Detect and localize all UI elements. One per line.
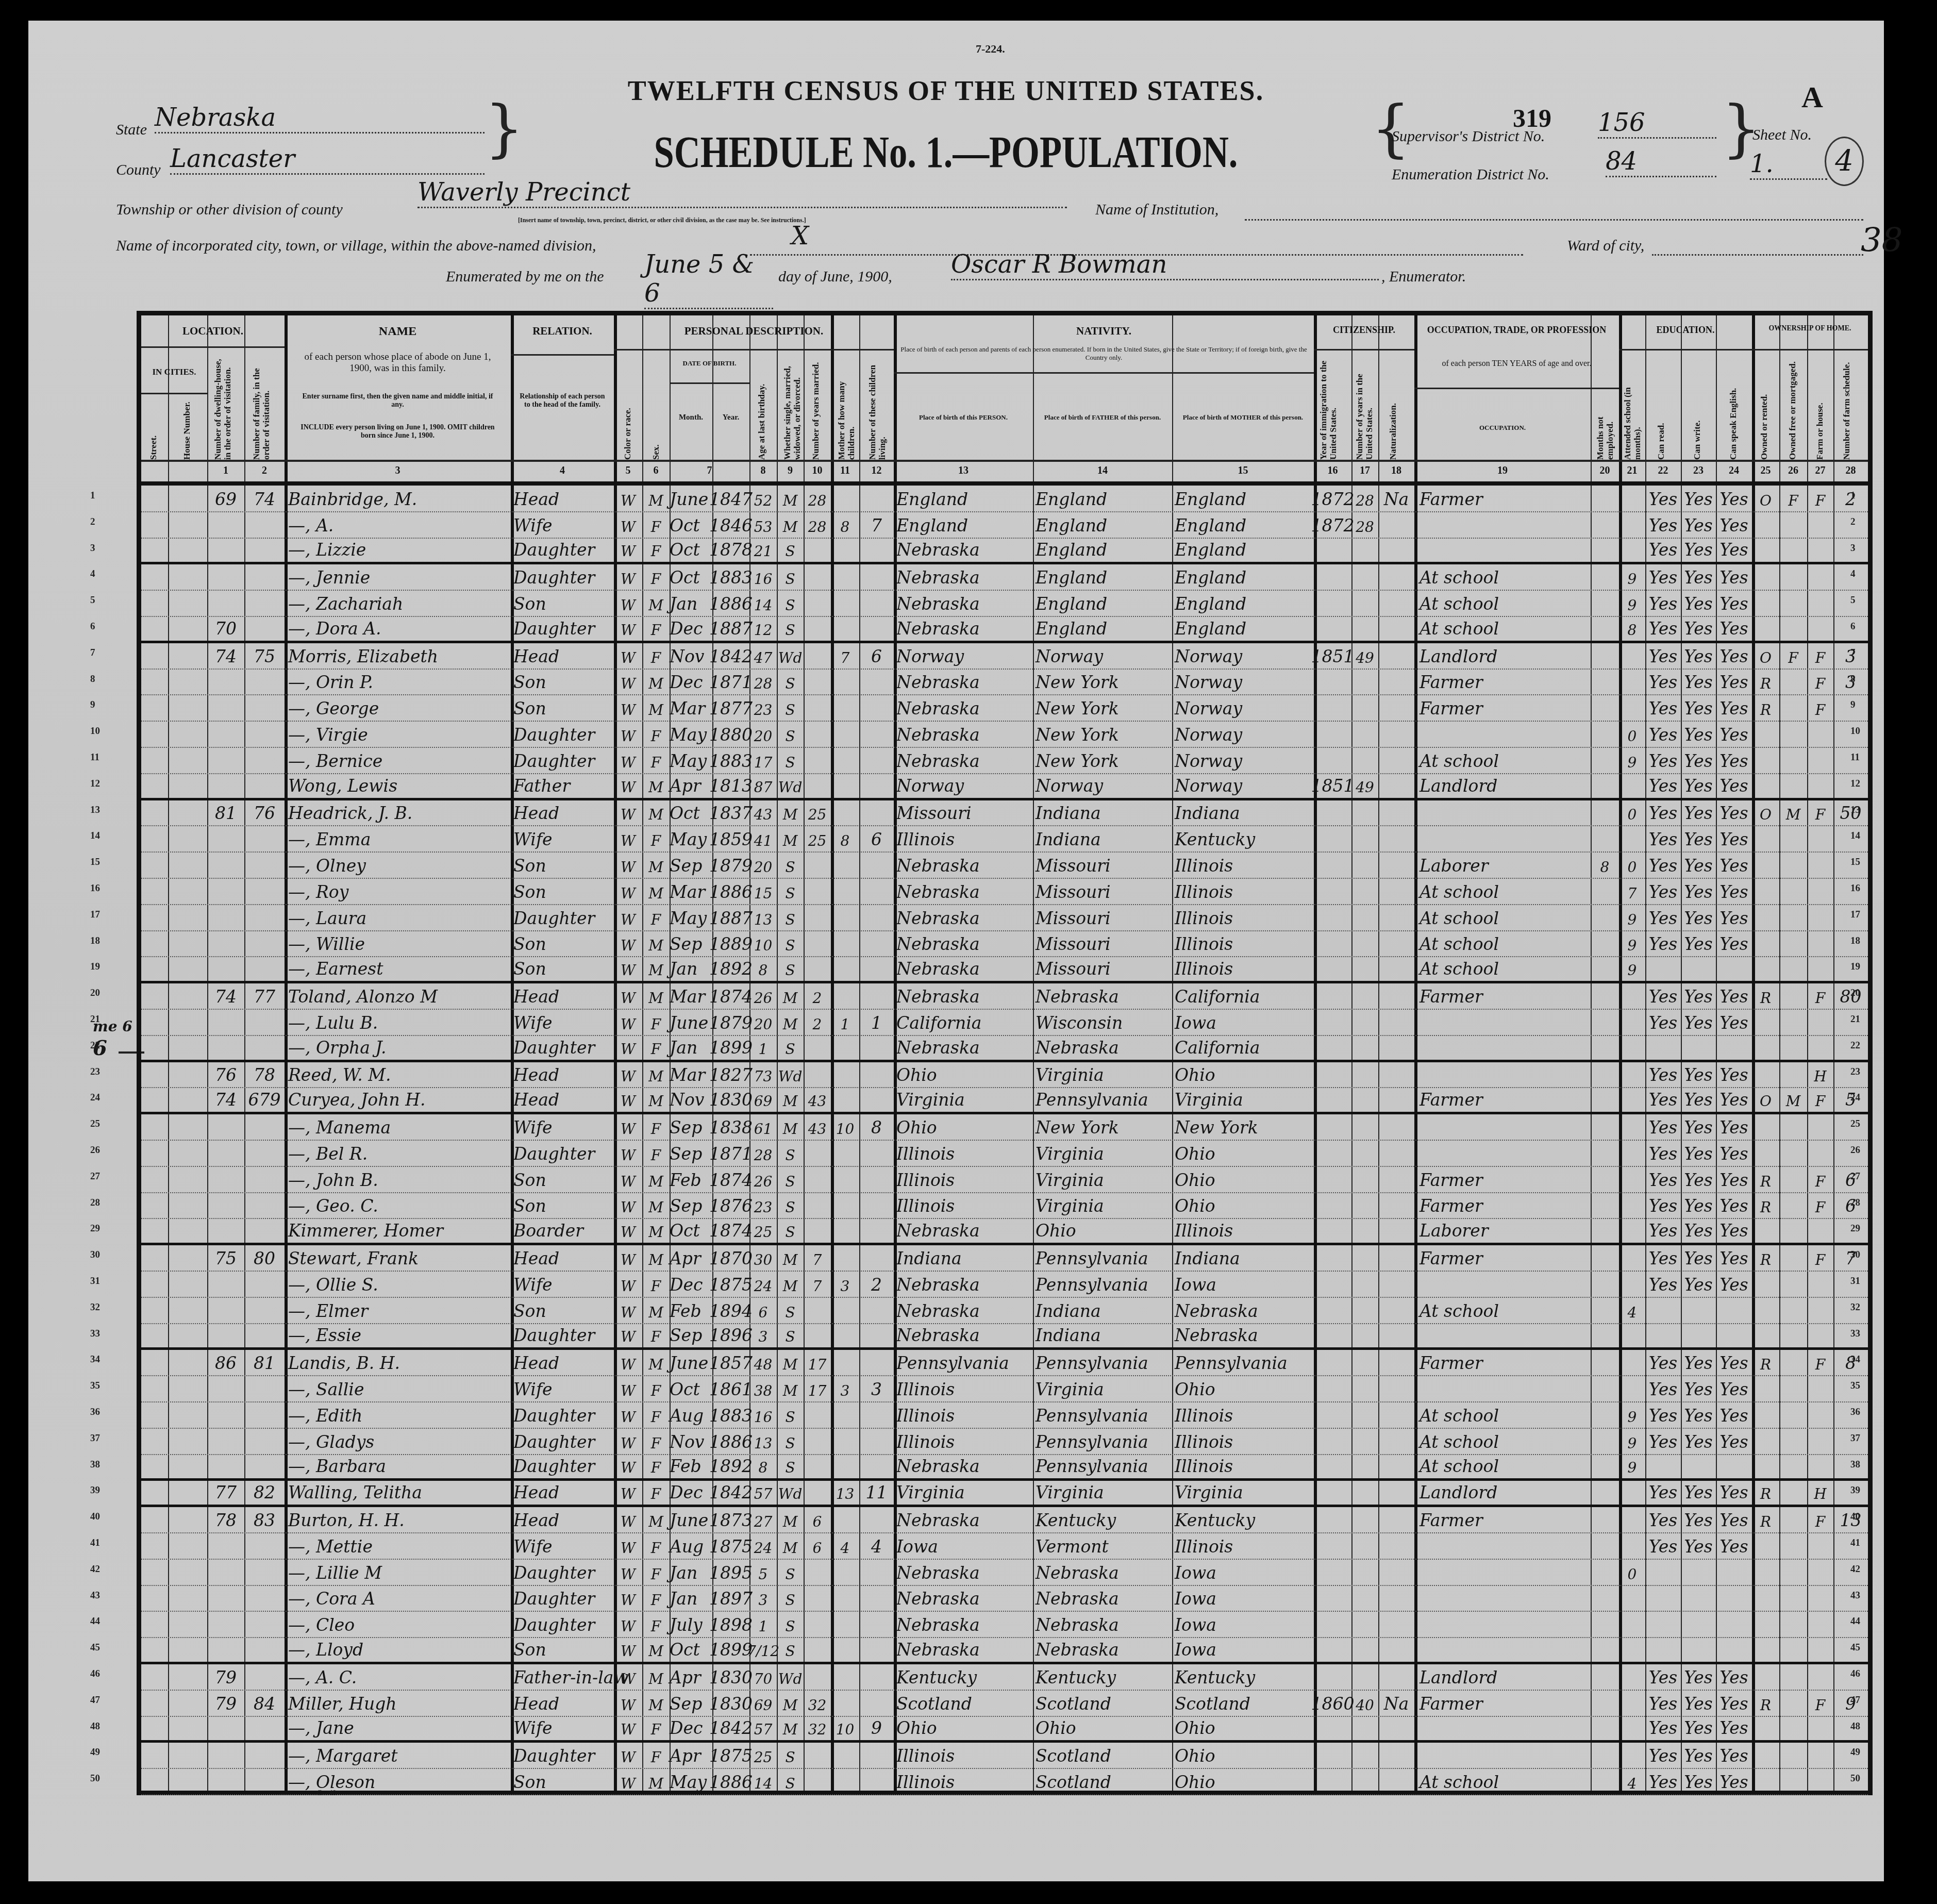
can-write: Yes xyxy=(1681,564,1716,590)
months-unemployed xyxy=(1591,1428,1619,1454)
relation: Son xyxy=(513,852,614,878)
occupation xyxy=(1420,1114,1591,1140)
birth-month: Aug xyxy=(670,1402,712,1428)
marital-status: S xyxy=(777,616,804,641)
col-occupation: OCCUPATION. xyxy=(1414,424,1591,432)
person-name: —, Willie xyxy=(288,931,510,957)
birthplace-father: Missouri xyxy=(1036,905,1172,930)
row-number: 8 xyxy=(90,674,95,685)
children-living xyxy=(859,616,894,641)
birthplace-father: Norway xyxy=(1036,643,1172,669)
family-number xyxy=(244,905,285,930)
dwelling-number xyxy=(207,1402,244,1428)
years-in-us xyxy=(1351,1297,1378,1323)
years-in-us xyxy=(1351,905,1378,930)
years-married xyxy=(804,1324,831,1348)
birth-month: Nov xyxy=(670,643,712,669)
years-in-us xyxy=(1351,1533,1378,1559)
table-row: —, OlesonSonWMMay188614SIllinoisScotland… xyxy=(141,1768,1868,1795)
person-name: —, Jennie xyxy=(288,564,510,590)
can-write: Yes xyxy=(1681,1768,1716,1794)
table-row: 7883Burton, H. H.HeadWMJune187327M6Nebra… xyxy=(141,1507,1868,1533)
naturalization xyxy=(1378,1349,1414,1375)
owned-rented: R xyxy=(1752,695,1779,721)
children-born xyxy=(831,878,859,904)
free-mortgaged xyxy=(1779,905,1807,930)
sex: F xyxy=(642,643,670,669)
years-in-us xyxy=(1351,1428,1378,1454)
speaks-english: Yes xyxy=(1716,931,1752,957)
free-mortgaged xyxy=(1779,1716,1807,1741)
months-unemployed xyxy=(1591,1193,1619,1218)
immigration-year xyxy=(1314,747,1351,773)
children-living xyxy=(859,1402,894,1428)
farm-house xyxy=(1807,905,1833,930)
table-row: —, MettieWifeWFAug187524M644IowaVermontI… xyxy=(141,1533,1868,1560)
birthplace-person: Nebraska xyxy=(896,852,1033,878)
children-living xyxy=(859,590,894,616)
birthplace-father: New York xyxy=(1036,1114,1172,1140)
birthplace-father: Nebraska xyxy=(1036,1035,1172,1060)
family-number xyxy=(244,1271,285,1297)
children-born xyxy=(831,1062,859,1088)
row-number: 16 xyxy=(90,883,100,894)
speaks-english: Yes xyxy=(1716,852,1752,878)
can-write: Yes xyxy=(1681,1166,1716,1192)
can-read: Yes xyxy=(1645,486,1681,511)
relation: Head xyxy=(513,1480,614,1505)
immigration-year: 1872 xyxy=(1314,512,1351,538)
age: 20 xyxy=(749,852,777,878)
months-unemployed xyxy=(1591,747,1619,773)
farm-house xyxy=(1807,1768,1833,1794)
age: 38 xyxy=(749,1376,777,1401)
person-name: —, Geo. C. xyxy=(288,1193,510,1218)
row-number: 5 xyxy=(90,595,95,606)
birthplace-mother: Iowa xyxy=(1175,1611,1314,1637)
dwelling-number xyxy=(207,905,244,930)
naturalization xyxy=(1378,1533,1414,1559)
race: W xyxy=(614,669,642,695)
speaks-english: Yes xyxy=(1716,1114,1752,1140)
family-number xyxy=(244,564,285,590)
months-unemployed xyxy=(1591,1664,1619,1690)
immigration-year: 1872 xyxy=(1314,486,1351,511)
years-married: 32 xyxy=(804,1716,831,1741)
marital-status: M xyxy=(777,1088,804,1112)
children-born: 4 xyxy=(831,1533,859,1559)
birth-month: Sep xyxy=(670,1690,712,1716)
owned-rented xyxy=(1752,1664,1779,1690)
months-unemployed xyxy=(1591,1140,1619,1166)
birth-month: Mar xyxy=(670,695,712,721)
school-months: 9 xyxy=(1619,590,1645,616)
sex: M xyxy=(642,695,670,721)
sex: M xyxy=(642,1245,670,1271)
naturalization xyxy=(1378,747,1414,773)
dwelling-number: 74 xyxy=(207,1088,244,1112)
children-born xyxy=(831,747,859,773)
birthplace-mother: Illinois xyxy=(1175,1218,1314,1243)
free-mortgaged xyxy=(1779,590,1807,616)
relation: Daughter xyxy=(513,1140,614,1166)
birthplace-mother: Illinois xyxy=(1175,1402,1314,1428)
owned-rented: R xyxy=(1752,983,1779,1009)
naturalization xyxy=(1378,852,1414,878)
owned-rented: O xyxy=(1752,486,1779,511)
occupation xyxy=(1420,1638,1591,1662)
birth-year: 1886 xyxy=(712,878,749,904)
naturalization xyxy=(1378,512,1414,538)
row-number: 17 xyxy=(1850,909,1860,921)
person-name: Wong, Lewis xyxy=(288,774,510,798)
birthplace-mother: Kentucky xyxy=(1175,826,1314,851)
person-name: —, Edith xyxy=(288,1402,510,1428)
age: 52 xyxy=(749,486,777,511)
years-married xyxy=(804,1035,831,1060)
col-marital: Whether single, married, widowed, or div… xyxy=(783,354,803,460)
relation: Boarder xyxy=(513,1218,614,1243)
row-number: 45 xyxy=(1850,1642,1860,1654)
children-living xyxy=(859,931,894,957)
marital-status: S xyxy=(777,931,804,957)
dwelling-number: 75 xyxy=(207,1245,244,1271)
immigration-year xyxy=(1314,538,1351,562)
race: W xyxy=(614,1402,642,1428)
free-mortgaged xyxy=(1779,1664,1807,1690)
children-born: 10 xyxy=(831,1114,859,1140)
person-name: —, A. C. xyxy=(288,1664,510,1690)
person-name: —, Bel R. xyxy=(288,1140,510,1166)
birth-year: 1874 xyxy=(712,1166,749,1192)
speaks-english: Yes xyxy=(1716,1480,1752,1505)
row-number: 15 xyxy=(90,857,100,868)
can-write: Yes xyxy=(1681,852,1716,878)
farm-house xyxy=(1807,590,1833,616)
family-number xyxy=(244,1009,285,1035)
free-mortgaged: M xyxy=(1779,1088,1807,1112)
race: W xyxy=(614,1035,642,1060)
years-in-us xyxy=(1351,538,1378,562)
birth-year: 1874 xyxy=(712,983,749,1009)
school-months xyxy=(1619,538,1645,562)
birth-year: 1871 xyxy=(712,1140,749,1166)
children-living xyxy=(859,1245,894,1271)
birthplace-person: Norway xyxy=(896,774,1033,798)
birth-month: Sep xyxy=(670,1324,712,1348)
years-in-us xyxy=(1351,1559,1378,1585)
speaks-english: Yes xyxy=(1716,695,1752,721)
birthplace-father: Virginia xyxy=(1036,1480,1172,1505)
birthplace-mother: Kentucky xyxy=(1175,1507,1314,1532)
table-row: 7678Reed, W. M.HeadWMMar182773WdOhioVirg… xyxy=(141,1062,1868,1089)
relation: Son xyxy=(513,931,614,957)
school-months xyxy=(1619,1585,1645,1611)
age: 12 xyxy=(749,616,777,641)
col-month: Month. xyxy=(670,413,712,422)
years-married: 17 xyxy=(804,1376,831,1401)
months-unemployed xyxy=(1591,1166,1619,1192)
birthplace-person: Illinois xyxy=(896,1742,1033,1768)
marital-status: Wd xyxy=(777,643,804,669)
relation: Daughter xyxy=(513,1402,614,1428)
years-married xyxy=(804,774,831,798)
sex: F xyxy=(642,721,670,747)
marital-status: S xyxy=(777,1455,804,1479)
can-write: Yes xyxy=(1681,983,1716,1009)
relation: Head xyxy=(513,486,614,511)
colnum-3: 3 xyxy=(285,465,511,477)
immigration-year xyxy=(1314,1559,1351,1585)
months-unemployed xyxy=(1591,878,1619,904)
can-write: Yes xyxy=(1681,695,1716,721)
free-mortgaged xyxy=(1779,1376,1807,1401)
institution-value xyxy=(1245,214,1863,221)
birthplace-person: Ohio xyxy=(896,1114,1033,1140)
years-married: 2 xyxy=(804,1009,831,1035)
enumerated-suffix: day of June, 1900, xyxy=(778,268,892,286)
naturalization xyxy=(1378,1585,1414,1611)
years-married: 6 xyxy=(804,1533,831,1559)
relation: Daughter xyxy=(513,1324,614,1348)
can-read: Yes xyxy=(1645,1533,1681,1559)
school-months xyxy=(1619,1035,1645,1060)
years-in-us xyxy=(1351,1742,1378,1768)
sex: F xyxy=(642,1611,670,1637)
can-read: Yes xyxy=(1645,983,1681,1009)
row-number: 2 xyxy=(1850,516,1856,528)
school-months: 9 xyxy=(1619,564,1645,590)
free-mortgaged xyxy=(1779,1324,1807,1348)
birth-year: 1827 xyxy=(712,1062,749,1088)
marital-status: S xyxy=(777,905,804,930)
row-number: 35 xyxy=(90,1380,100,1392)
marital-status: M xyxy=(777,1716,804,1741)
years-married xyxy=(804,931,831,957)
speaks-english: Yes xyxy=(1716,1088,1752,1112)
relation: Wife xyxy=(513,512,614,538)
immigration-year xyxy=(1314,826,1351,851)
years-in-us xyxy=(1351,564,1378,590)
naturalization xyxy=(1378,800,1414,826)
school-months xyxy=(1619,669,1645,695)
school-months: 0 xyxy=(1619,1559,1645,1585)
age: 24 xyxy=(749,1271,777,1297)
naturalization xyxy=(1378,1768,1414,1794)
birthplace-person: Nebraska xyxy=(896,1218,1033,1243)
birthplace-person: Nebraska xyxy=(896,1271,1033,1297)
family-number: 77 xyxy=(244,983,285,1009)
school-months xyxy=(1619,1009,1645,1035)
naturalization xyxy=(1378,590,1414,616)
children-born xyxy=(831,1664,859,1690)
years-in-us xyxy=(1351,616,1378,641)
can-write: Yes xyxy=(1681,878,1716,904)
children-living xyxy=(859,1455,894,1479)
school-months xyxy=(1619,1088,1645,1112)
birthplace-person: Scotland xyxy=(896,1690,1033,1716)
birthplace-father: Nebraska xyxy=(1036,1611,1172,1637)
occupation: Farmer xyxy=(1420,695,1591,721)
relation: Daughter xyxy=(513,1428,614,1454)
children-living: 6 xyxy=(859,826,894,851)
race: W xyxy=(614,643,642,669)
person-name: —, Orin P. xyxy=(288,669,510,695)
occupation: At school xyxy=(1420,1402,1591,1428)
free-mortgaged xyxy=(1779,1009,1807,1035)
marital-status: S xyxy=(777,747,804,773)
years-married xyxy=(804,1218,831,1243)
years-married xyxy=(804,1585,831,1611)
row-number: 37 xyxy=(90,1433,100,1444)
family-number: 81 xyxy=(244,1349,285,1375)
children-living xyxy=(859,1585,894,1611)
age: 41 xyxy=(749,826,777,851)
birth-year: 1842 xyxy=(712,643,749,669)
row-number: 47 xyxy=(1850,1695,1860,1706)
row-number: 8 xyxy=(1850,674,1856,685)
age: 24 xyxy=(749,1533,777,1559)
marital-status: M xyxy=(777,1376,804,1401)
occupation xyxy=(1420,1324,1591,1348)
person-name: —, Lizzie xyxy=(288,538,510,562)
row-number: 18 xyxy=(1850,936,1860,947)
relation: Son xyxy=(513,957,614,981)
dwelling-number xyxy=(207,826,244,851)
relation: Head xyxy=(513,1088,614,1112)
speaks-english: Yes xyxy=(1716,564,1752,590)
months-unemployed xyxy=(1591,1559,1619,1585)
children-born xyxy=(831,564,859,590)
free-mortgaged xyxy=(1779,1455,1807,1479)
birthplace-mother: Norway xyxy=(1175,669,1314,695)
school-months xyxy=(1619,1690,1645,1716)
age: 5 xyxy=(749,1559,777,1585)
table-row: —, EmmaWifeWFMay185941M2586IllinoisIndia… xyxy=(141,826,1868,853)
years-married: 28 xyxy=(804,512,831,538)
immigration-year xyxy=(1314,1533,1351,1559)
can-write xyxy=(1681,1585,1716,1611)
age: 69 xyxy=(749,1690,777,1716)
years-in-us xyxy=(1351,669,1378,695)
free-mortgaged xyxy=(1779,1349,1807,1375)
row-number: 30 xyxy=(90,1249,100,1261)
dwelling-number xyxy=(207,1376,244,1401)
age: 17 xyxy=(749,747,777,773)
months-unemployed xyxy=(1591,1455,1619,1479)
dwelling-number xyxy=(207,1533,244,1559)
can-write: Yes xyxy=(1681,1140,1716,1166)
owned-rented xyxy=(1752,1035,1779,1060)
birthplace-person: Illinois xyxy=(896,826,1033,851)
birth-month: Apr xyxy=(670,1245,712,1271)
can-write: Yes xyxy=(1681,1690,1716,1716)
school-months: 9 xyxy=(1619,931,1645,957)
occupation: Landlord xyxy=(1420,1480,1591,1505)
can-read: Yes xyxy=(1645,1376,1681,1401)
months-unemployed: 8 xyxy=(1591,852,1619,878)
hdr-citizenship: CITIZENSHIP. xyxy=(1314,325,1414,336)
age: 8 xyxy=(749,957,777,981)
relation: Head xyxy=(513,800,614,826)
birth-month: June xyxy=(670,1507,712,1532)
immigration-year xyxy=(1314,1193,1351,1218)
relation: Head xyxy=(513,983,614,1009)
birth-year: 1887 xyxy=(712,905,749,930)
marital-status: S xyxy=(777,1585,804,1611)
speaks-english: Yes xyxy=(1716,1140,1752,1166)
months-unemployed xyxy=(1591,1271,1619,1297)
row-number: 19 xyxy=(1850,961,1860,973)
table-row: —, JennieDaughterWFOct188316SNebraskaEng… xyxy=(141,564,1868,591)
years-married xyxy=(804,669,831,695)
institution-label: Name of Institution, xyxy=(1095,201,1218,219)
owned-rented xyxy=(1752,747,1779,773)
speaks-english: Yes xyxy=(1716,1690,1752,1716)
farm-house xyxy=(1807,1271,1833,1297)
children-born: 13 xyxy=(831,1480,859,1505)
years-married: 25 xyxy=(804,826,831,851)
speaks-english: Yes xyxy=(1716,538,1752,562)
race: W xyxy=(614,1716,642,1741)
birth-month: June xyxy=(670,486,712,511)
row-number: 19 xyxy=(90,961,100,973)
immigration-year xyxy=(1314,721,1351,747)
row-number: 13 xyxy=(90,805,100,816)
family-number xyxy=(244,1768,285,1794)
row-number: 22 xyxy=(1850,1040,1860,1051)
family-number xyxy=(244,1297,285,1323)
children-living: 11 xyxy=(859,1480,894,1505)
person-name: —, Margaret xyxy=(288,1742,510,1768)
years-in-us xyxy=(1351,1768,1378,1794)
children-living xyxy=(859,1088,894,1112)
row-number: 23 xyxy=(1850,1066,1860,1078)
family-number xyxy=(244,1611,285,1637)
person-name: —, Jane xyxy=(288,1716,510,1741)
months-unemployed xyxy=(1591,616,1619,641)
birthplace-father: Scotland xyxy=(1036,1768,1172,1794)
hdr-line xyxy=(614,349,894,350)
hdr-occupation-desc: of each person TEN YEARS of age and over… xyxy=(1420,359,1614,369)
birthplace-father: Virginia xyxy=(1036,1140,1172,1166)
speaks-english: Yes xyxy=(1716,747,1752,773)
birthplace-person: Nebraska xyxy=(896,1638,1033,1662)
speaks-english: Yes xyxy=(1716,512,1752,538)
immigration-year xyxy=(1314,1742,1351,1768)
birth-year: 1837 xyxy=(712,800,749,826)
age: 27 xyxy=(749,1507,777,1532)
birthplace-mother: California xyxy=(1175,983,1314,1009)
birthplace-person: Nebraska xyxy=(896,721,1033,747)
family-number xyxy=(244,1193,285,1218)
county-value: Lancaster xyxy=(170,144,485,175)
age: 69 xyxy=(749,1088,777,1112)
speaks-english xyxy=(1716,1324,1752,1348)
marital-status: M xyxy=(777,983,804,1009)
race: W xyxy=(614,1507,642,1532)
speaks-english: Yes xyxy=(1716,1768,1752,1794)
children-living xyxy=(859,1638,894,1662)
years-in-us xyxy=(1351,826,1378,851)
family-number xyxy=(244,957,285,981)
birth-year: 1895 xyxy=(712,1559,749,1585)
years-in-us xyxy=(1351,931,1378,957)
birthplace-mother: Nebraska xyxy=(1175,1324,1314,1348)
person-name: Kimmerer, Homer xyxy=(288,1218,510,1243)
can-write: Yes xyxy=(1681,669,1716,695)
row-number: 26 xyxy=(1850,1145,1860,1156)
